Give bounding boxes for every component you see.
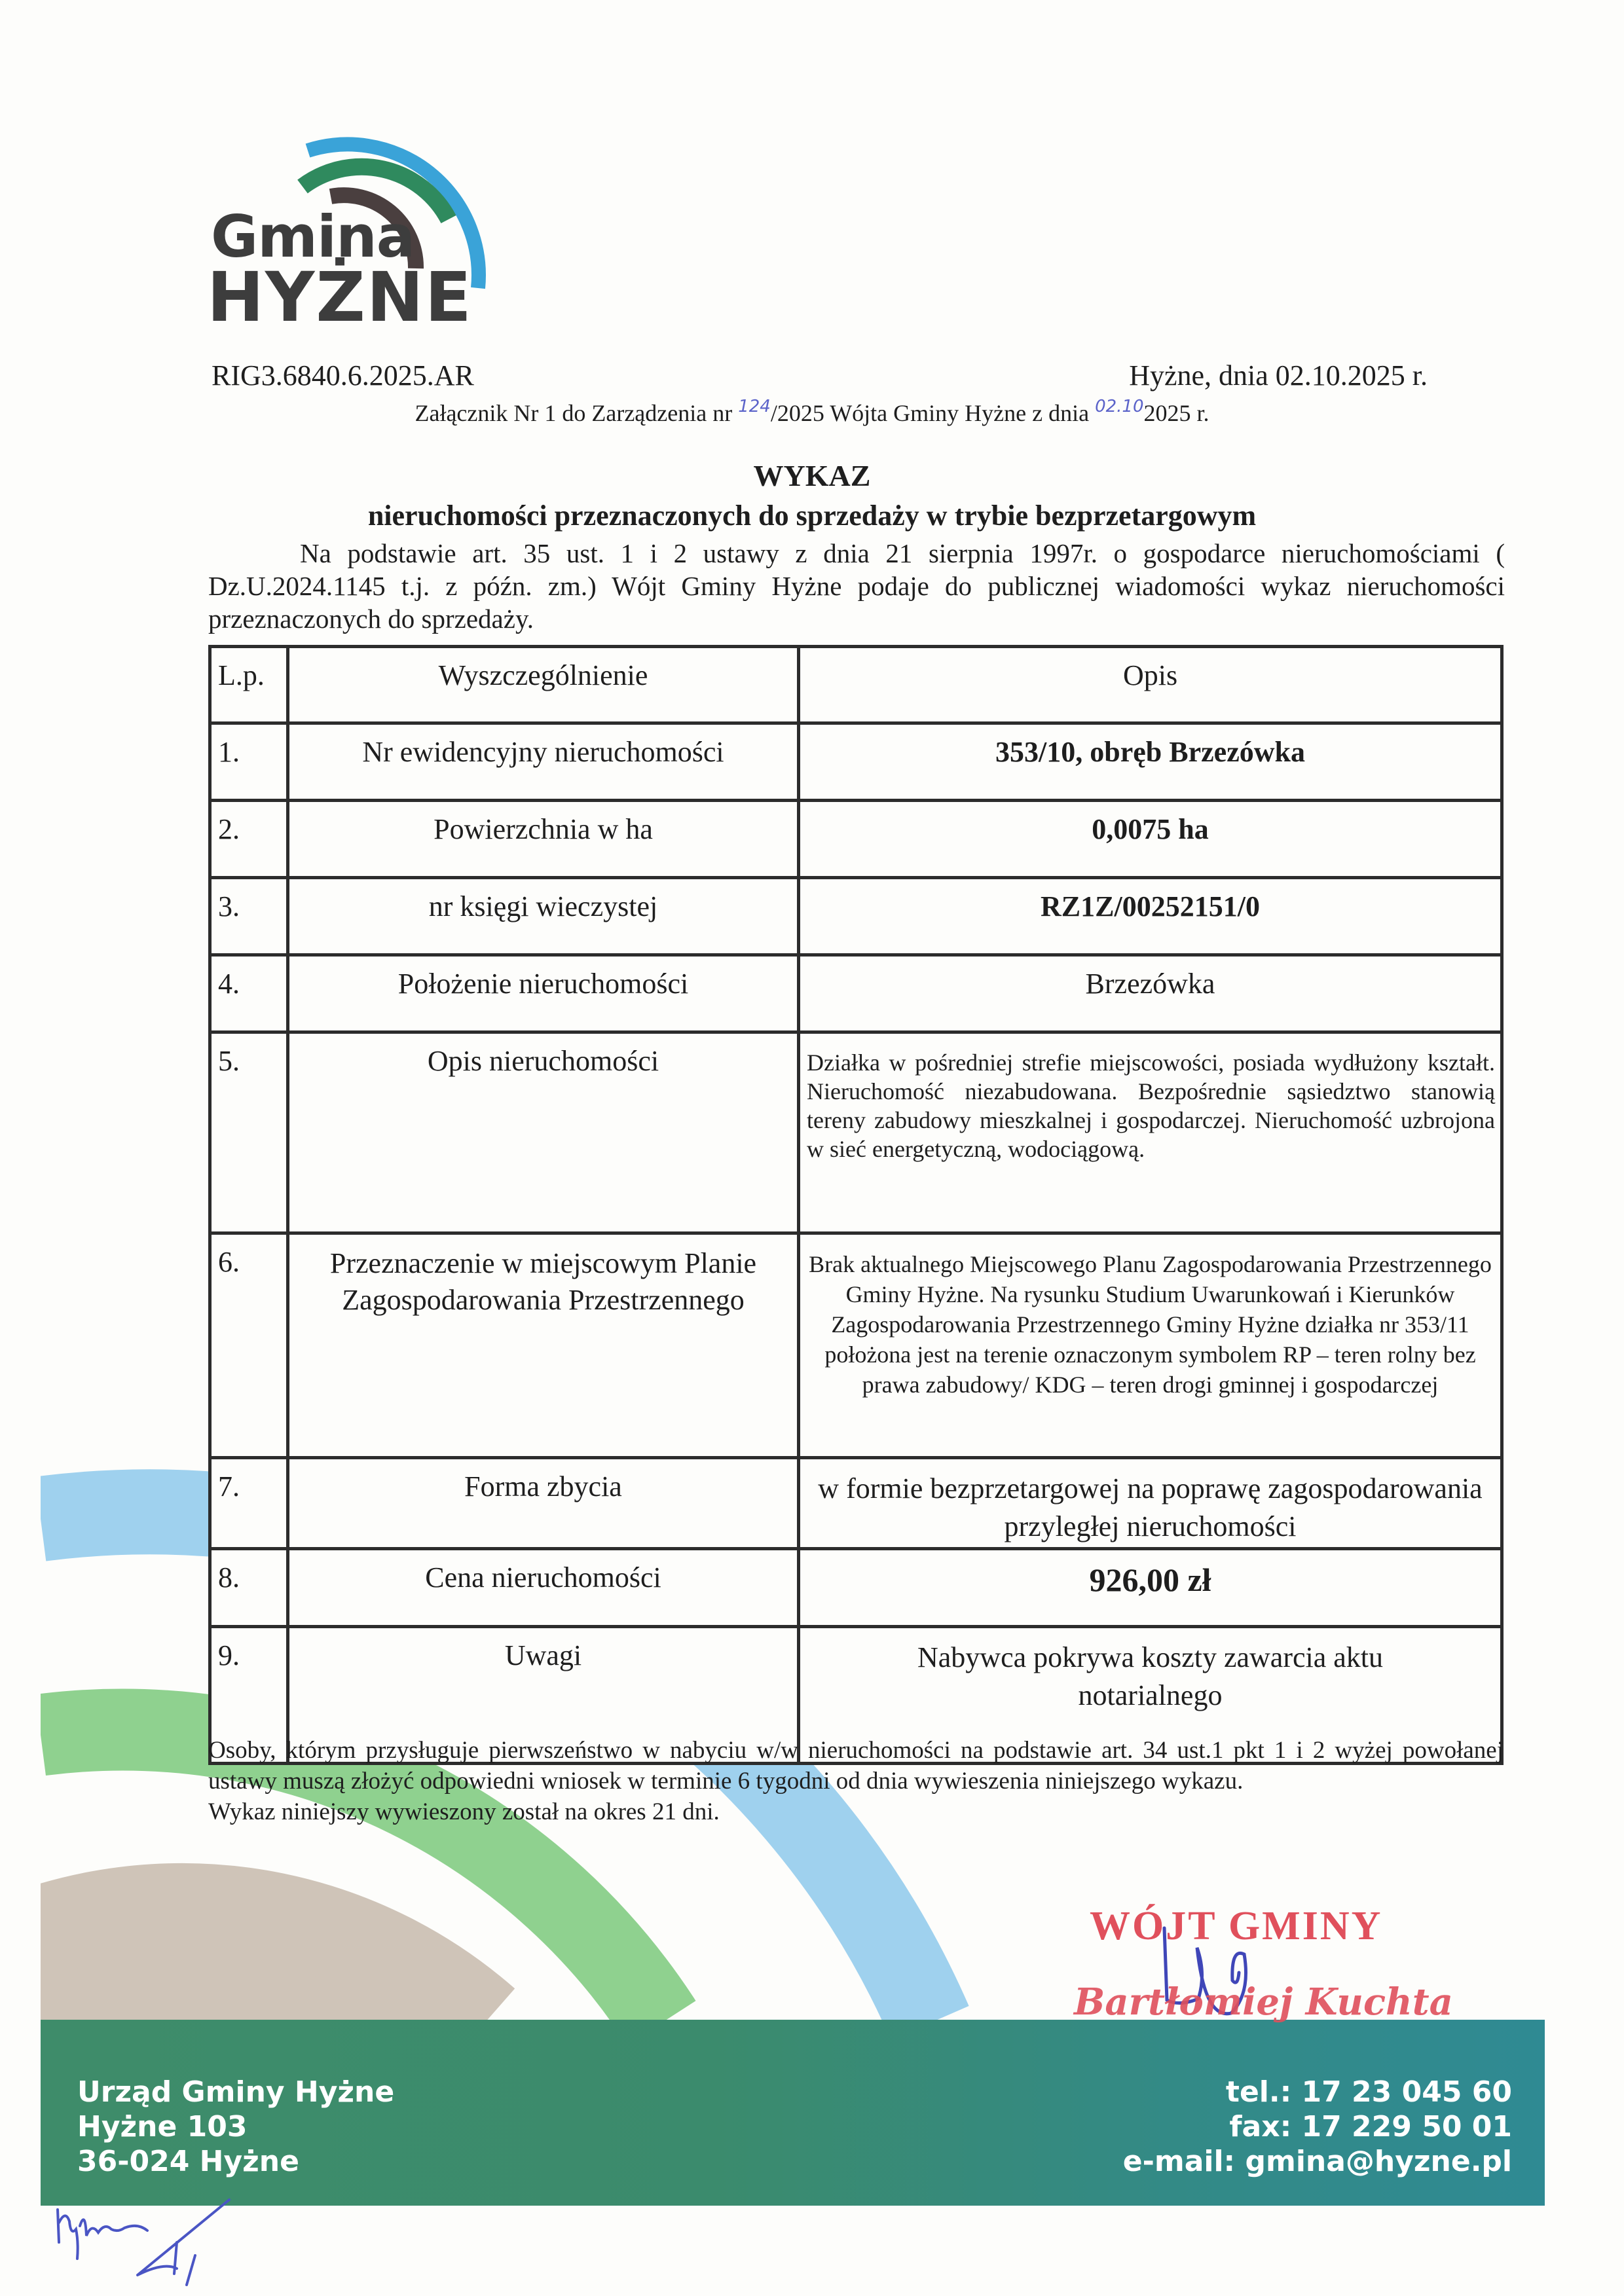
- annex-suffix: 2025 r.: [1144, 400, 1209, 426]
- row-label: Przeznaczenie w miejscowym Planie Zagosp…: [289, 1245, 797, 1319]
- table-row: 2. Powierzchnia w ha 0,0075 ha: [210, 801, 1502, 878]
- footer-contact-band: Urząd Gminy Hyżne Hyżne 103 36-024 Hyżne…: [41, 2020, 1545, 2206]
- row-number: 4.: [210, 955, 288, 1032]
- row-label: Powierzchnia w ha: [288, 801, 799, 878]
- office-contact: tel.: 17 23 045 60 fax: 17 229 50 01 e-m…: [1123, 2075, 1512, 2179]
- office-name: Urząd Gminy Hyżne: [77, 2075, 394, 2109]
- table-row: 8. Cena nieruchomości 926,00 zł: [210, 1549, 1502, 1627]
- header-item: Wyszczególnienie: [288, 647, 799, 723]
- row-number: 3.: [210, 878, 288, 955]
- handwritten-order-number: 124: [738, 397, 771, 416]
- row-value: 0,0075 ha: [799, 801, 1502, 878]
- row-label: Położenie nieruchomości: [288, 955, 799, 1032]
- table-row: 1. Nr ewidencyjny nieruchomości 353/10, …: [210, 723, 1502, 801]
- row-number: 7.: [210, 1458, 288, 1549]
- table-row: 7. Forma zbycia w formie bezprzetargowej…: [210, 1458, 1502, 1549]
- row-number: 2.: [210, 801, 288, 878]
- row-value: Nabywca pokrywa koszty zawarcia aktu not…: [808, 1639, 1492, 1715]
- row-label: Nr ewidencyjny nieruchomości: [288, 723, 799, 801]
- row-value: w formie bezprzetargowej na poprawę zago…: [808, 1470, 1492, 1546]
- office-postal: 36-024 Hyżne: [77, 2144, 394, 2179]
- office-street: Hyżne 103: [77, 2109, 394, 2144]
- row-label: Forma zbycia: [288, 1458, 799, 1549]
- row-value: RZ1Z/00252151/0: [799, 878, 1502, 955]
- gmina-hyzne-logo: Gmina HYŻNE: [196, 111, 511, 334]
- case-reference: RIG3.6840.6.2025.AR: [212, 359, 474, 392]
- annex-line: Załącznik Nr 1 do Zarządzenia nr 124/202…: [0, 397, 1624, 427]
- mayor-stamp: WÓJT GMINY Bartłomiej Kuchta: [1074, 1902, 1480, 2020]
- row-number: 8.: [210, 1549, 288, 1627]
- table-row: 4. Położenie nieruchomości Brzezówka: [210, 955, 1502, 1032]
- header-description: Opis: [799, 647, 1502, 723]
- document-title: WYKAZ: [0, 458, 1624, 493]
- table-row: 5. Opis nieruchomości Działka w pośredni…: [210, 1032, 1502, 1233]
- legal-basis-paragraph: Na podstawie art. 35 ust. 1 i 2 ustawy z…: [208, 537, 1505, 635]
- handwritten-order-date: 02.10: [1095, 397, 1143, 416]
- row-label: Opis nieruchomości: [288, 1032, 799, 1233]
- notice-block: Osoby, którym przysługuje pierwszeństwo …: [208, 1735, 1504, 1827]
- row-value: 353/10, obręb Brzezówka: [799, 723, 1502, 801]
- annex-prefix: Załącznik Nr 1 do Zarządzenia nr: [415, 400, 738, 426]
- place-and-date: Hyżne, dnia 02.10.2025 r.: [1129, 359, 1428, 392]
- handwritten-initials-icon: [39, 2196, 262, 2295]
- posting-period: Wykaz niniejszy wywieszony został na okr…: [208, 1796, 1504, 1827]
- priority-notice: Osoby, którym przysługuje pierwszeństwo …: [208, 1735, 1504, 1796]
- table-header-row: L.p. Wyszczególnienie Opis: [210, 647, 1502, 723]
- document-subtitle: nieruchomości przeznaczonych do sprzedaż…: [0, 499, 1624, 532]
- legal-basis-text: Na podstawie art. 35 ust. 1 i 2 ustawy z…: [208, 538, 1505, 634]
- property-table: L.p. Wyszczególnienie Opis 1. Nr ewidenc…: [208, 645, 1504, 1765]
- annex-middle: /2025 Wójta Gminy Hyżne z dnia: [771, 400, 1095, 426]
- phone-number: tel.: 17 23 045 60: [1123, 2075, 1512, 2109]
- table-row: 6. Przeznaczenie w miejscowym Planie Zag…: [210, 1233, 1502, 1458]
- row-value: Brak aktualnego Miejscowego Planu Zagosp…: [799, 1233, 1502, 1458]
- row-value: Działka w pośredniej strefie miejscowośc…: [799, 1032, 1502, 1233]
- stamp-name: Bartłomiej Kuchta: [1074, 1980, 1453, 2024]
- table-row: 3. nr księgi wieczystej RZ1Z/00252151/0: [210, 878, 1502, 955]
- email-link[interactable]: e-mail: gmina@hyzne.pl: [1123, 2144, 1512, 2179]
- row-number: 1.: [210, 723, 288, 801]
- price-value: 926,00 zł: [799, 1549, 1502, 1627]
- header-lp: L.p.: [210, 647, 288, 723]
- row-number: 6.: [210, 1233, 288, 1458]
- row-number: 5.: [210, 1032, 288, 1233]
- fax-number: fax: 17 229 50 01: [1123, 2109, 1512, 2144]
- row-label: Cena nieruchomości: [288, 1549, 799, 1627]
- logo-text-hyzne: HYŻNE: [207, 263, 473, 331]
- office-address: Urząd Gminy Hyżne Hyżne 103 36-024 Hyżne: [77, 2075, 394, 2179]
- row-label: nr księgi wieczystej: [288, 878, 799, 955]
- row-value: Brzezówka: [799, 955, 1502, 1032]
